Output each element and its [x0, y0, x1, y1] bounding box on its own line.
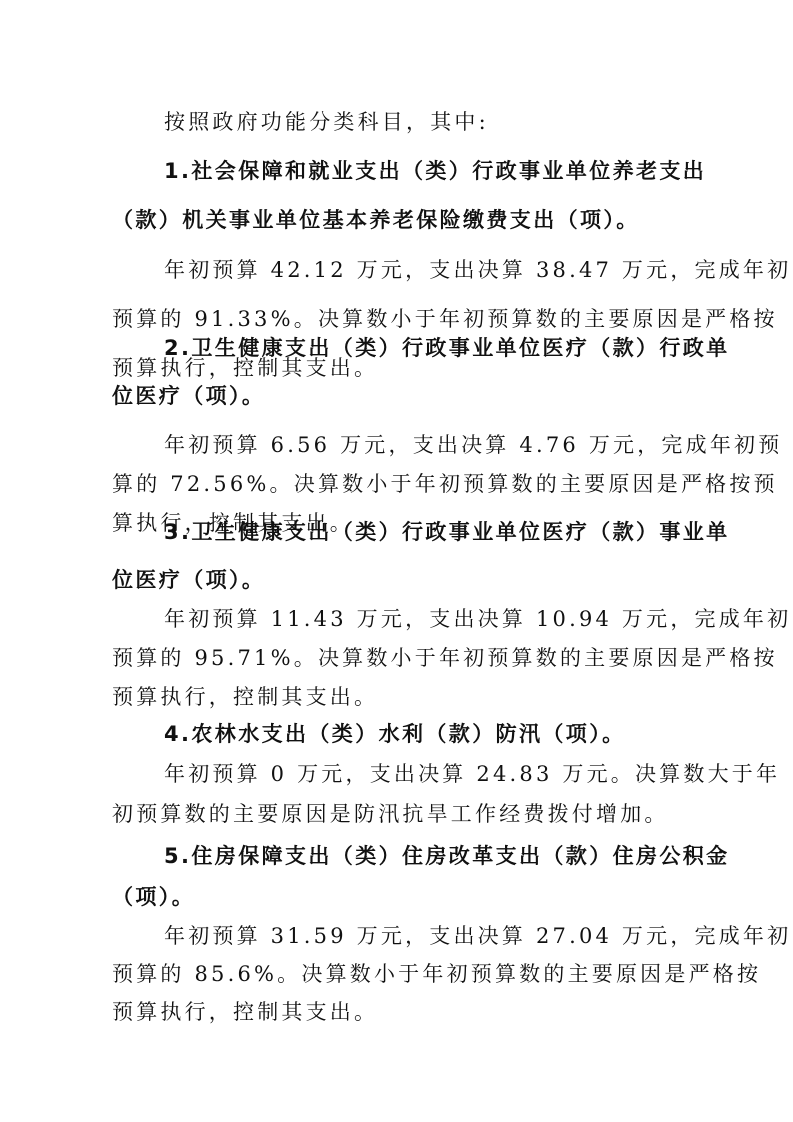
section-2-body-line-1: 年初预算 6.56 万元，支出决算 4.76 万元，完成年初预 — [164, 431, 782, 459]
section-4-body-line-1: 年初预算 0 万元，支出决算 24.83 万元。决算数大于年 — [164, 760, 780, 788]
section-5-heading-line-1: 5.住房保障支出（类）住房改革支出（款）住房公积金 — [164, 842, 730, 870]
section-1-body-line-2: 预算的 91.33%。决算数小于年初预算数的主要原因是严格按 — [112, 305, 778, 333]
section-5-heading-line-2: （项）。 — [112, 883, 195, 911]
section-3-body-line-3: 预算执行，控制其支出。 — [112, 683, 378, 711]
section-5-body-line-1: 年初预算 31.59 万元，支出决算 27.04 万元，完成年初 — [164, 922, 791, 950]
section-3-heading-line-2: 位医疗（项）。 — [112, 566, 265, 594]
section-4-heading-line-1: 4.农林水支出（类）水利（款）防汛（项）。 — [164, 720, 626, 748]
section-5-body-line-2: 预算的 85.6%。决算数小于年初预算数的主要原因是严格按 — [112, 960, 761, 988]
document-page: 按照政府功能分类科目，其中: 1.社会保障和就业支出（类）行政事业单位养老支出 … — [0, 0, 793, 1122]
section-4-body-line-2: 初预算数的主要原因是防汛抗旱工作经费拨付增加。 — [112, 800, 669, 828]
section-3-heading-line-1: 3.卫生健康支出（类）行政事业单位医疗（款）事业单 — [164, 518, 730, 546]
section-2-heading-line-2: 位医疗（项）。 — [112, 382, 265, 410]
section-3-body-line-2: 预算的 95.71%。决算数小于年初预算数的主要原因是严格按 — [112, 644, 778, 672]
intro-text: 按照政府功能分类科目，其中: — [164, 108, 489, 136]
section-5-body-line-3: 预算执行，控制其支出。 — [112, 998, 378, 1026]
section-3-body-line-1: 年初预算 11.43 万元，支出决算 10.94 万元，完成年初 — [164, 605, 791, 633]
section-2-heading-line-1: 2.卫生健康支出（类）行政事业单位医疗（款）行政单 — [164, 334, 730, 362]
section-1-body-line-1: 年初预算 42.12 万元，支出决算 38.47 万元，完成年初 — [164, 256, 791, 284]
section-2-body-line-2: 算的 72.56%。决算数小于年初预算数的主要原因是严格按预 — [112, 470, 778, 498]
section-1-heading-line-2: （款）机关事业单位基本养老保险缴费支出（项）。 — [112, 206, 640, 234]
section-1-heading-line-1: 1.社会保障和就业支出（类）行政事业单位养老支出 — [164, 157, 706, 185]
